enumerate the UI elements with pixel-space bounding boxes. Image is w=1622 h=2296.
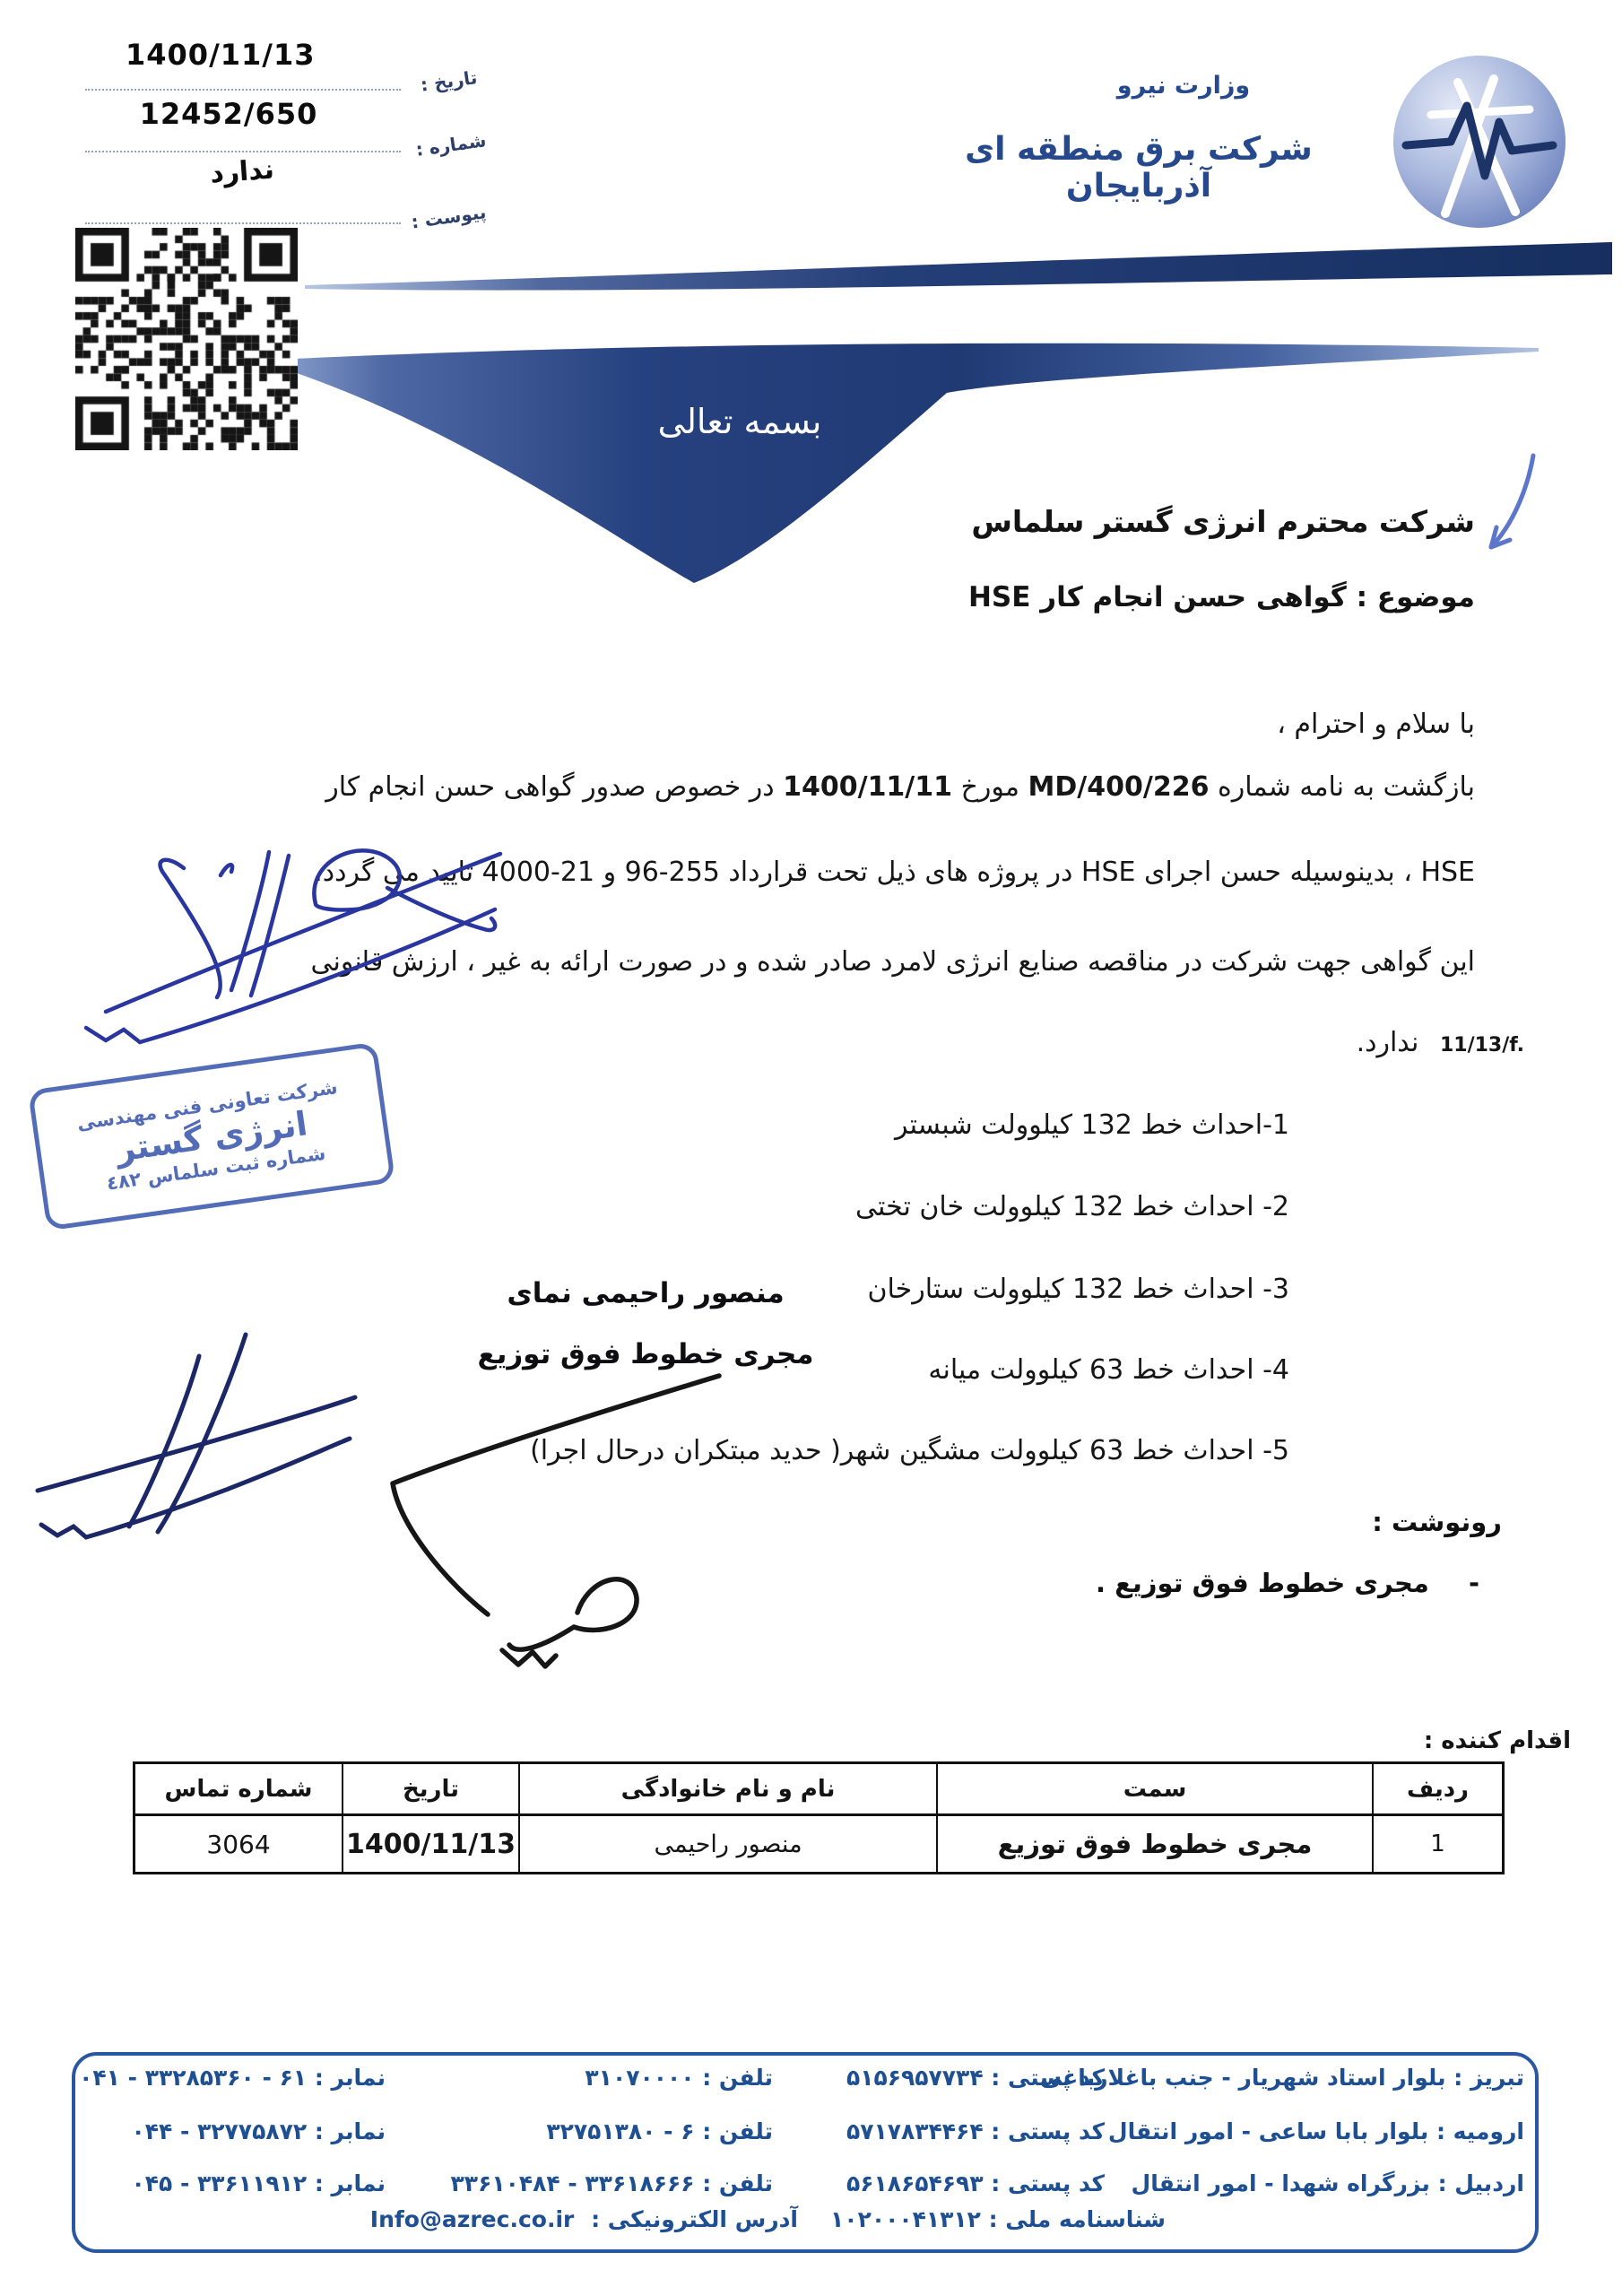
col-header-index: ردیف	[1372, 1764, 1502, 1816]
footer-fax: نمابر : ۳۲۷۷۵۸۷۲ - ۰۴۴	[72, 2118, 386, 2144]
subject-line: موضوع : گواهی حسن انجام کار HSE	[968, 581, 1475, 613]
footer-address: تبریز : بلوار استاد شهریار - جنب باغلارب…	[1058, 2065, 1524, 2091]
letter-page: 1400/11/13 تاریخ : 12452/650 شماره : ندا…	[0, 0, 1622, 2296]
row-name: منصور راحیمی	[518, 1816, 936, 1872]
logo-icon	[1393, 56, 1566, 228]
footer-email: Info@azrec.co.ir	[370, 2206, 575, 2232]
reference-number: MD/400/226	[1028, 771, 1210, 803]
footer-postal: کد پستی : ۵۱۵۶۹۵۷۷۳۴	[764, 2065, 1105, 2091]
attachment-dotted-line	[85, 222, 401, 224]
date-dotted-line	[85, 89, 401, 91]
footer-email-line: آدرس الکترونیکی : Info@azrec.co.ir	[368, 2206, 798, 2232]
typist-mark: 11/13/f.	[1440, 1034, 1524, 1057]
body-line-3: این گواهی جهت شرکت در مناقصه صنایع انرژی…	[311, 946, 1475, 978]
col-header-position: سمت	[936, 1764, 1372, 1816]
row-date: 1400/11/13	[342, 1816, 518, 1872]
executor-signature-navy	[38, 1335, 355, 1537]
body-line-4-text: ندارد.	[1357, 1027, 1419, 1058]
reference-date: 1400/11/11	[783, 771, 952, 803]
bismillah-banner	[258, 344, 1539, 583]
list-item: 5- احداث خط 63 کیلوولت مشگین شهر( حدید م…	[530, 1435, 1289, 1466]
footer-postal: کد پستی : ۵۶۱۸۶۵۴۶۹۳	[764, 2170, 1105, 2196]
list-item: 4- احداث خط 63 کیلوولت میانه	[928, 1354, 1289, 1386]
action-table: ردیف سمت نام و نام خانوادگی تاریخ شماره …	[133, 1761, 1505, 1874]
footer-national-id: شناسنامه ملی : ۱۰۲۰۰۰۴۱۳۱۲	[789, 2206, 1166, 2232]
bismillah-text: بسمه تعالی	[628, 402, 852, 441]
col-header-name: نام و نام خانوادگی	[518, 1764, 936, 1816]
salutation: با سلام و احترام ،	[1277, 709, 1475, 740]
qr-code	[75, 228, 298, 450]
footer-address: اردبیل : بزرگراه شهدا - امور انتقال	[1058, 2170, 1524, 2196]
signer-name: منصور راحیمی نمای	[421, 1277, 870, 1309]
ministry-title: وزارت نیرو	[1103, 72, 1264, 100]
recipient-name: شرکت محترم انرژی گستر سلماس	[971, 504, 1475, 539]
footer-phone: تلفن : ۶ - ۳۲۷۵۱۳۸۰	[477, 2118, 773, 2144]
list-item: 1-احداث خط 132 کیلوولت شبستر	[895, 1109, 1289, 1141]
body-line-1: بازگشت به نامه شماره MD/400/226 مورخ 140…	[325, 771, 1475, 803]
body-line-1c: در خصوص صدور گواهی حسن انجام کار	[325, 771, 774, 803]
footer-phone: تلفن : ۳۱۰۷۰۰۰۰	[477, 2065, 773, 2091]
number-dotted-line	[85, 151, 401, 152]
letter-number-value: 12452/650	[134, 97, 323, 131]
footer-fax: نمابر : ۳۳۶۱۱۹۱۲ - ۰۴۵	[72, 2170, 386, 2196]
cc-bullet: -	[1469, 1568, 1479, 1598]
footer-fax: نمابر : ۶۱ - ۳۳۲۸۵۳۶۰ - ۰۴۱	[72, 2065, 386, 2091]
cc-item: مجری خطوط فوق توزیع .	[1096, 1568, 1429, 1598]
list-item: 2- احداث خط 132 کیلوولت خان تختی	[855, 1191, 1289, 1222]
body-line-1b: مورخ	[961, 771, 1019, 803]
cc-label: رونوشت :	[1372, 1507, 1502, 1537]
col-header-phone: شماره تماس	[135, 1764, 342, 1816]
footer-phone: تلفن : ۳۳۶۱۸۶۶۶ - ۳۳۶۱۰۴۸۴	[477, 2170, 773, 2196]
header-swoosh	[305, 242, 1612, 291]
body-line-4: 11/13/f. ندارد.	[1357, 1027, 1524, 1058]
col-header-date: تاریخ	[342, 1764, 518, 1816]
action-label: اقدام کننده :	[1424, 1727, 1571, 1754]
cc-item-line: - مجری خطوط فوق توزیع .	[1096, 1568, 1479, 1598]
footer-address: ارومیه : بلوار بابا ساعی - امور انتقال	[1058, 2118, 1524, 2144]
footer-postal: کد پستی : ۵۷۱۷۸۳۴۴۶۴	[764, 2118, 1105, 2144]
executor-signature-black	[393, 1376, 719, 1666]
letter-date-value: 1400/11/13	[126, 38, 314, 72]
list-item: 3- احداث خط 132 کیلوولت ستارخان	[868, 1274, 1290, 1305]
body-line-2: HSE ، بدینوسیله حسن اجرای HSE در پروژه ه…	[314, 857, 1475, 888]
row-phone: 3064	[135, 1816, 342, 1872]
footer-email-label: آدرس الکترونیکی :	[591, 2206, 798, 2232]
row-index: 1	[1372, 1816, 1502, 1872]
signer-title: مجری خطوط فوق توزیع	[421, 1338, 870, 1370]
row-position: مجری خطوط فوق توزیع	[936, 1816, 1372, 1872]
contractor-stamp: شرکت تعاونی فنی مهندسی انرژی گستر شماره …	[28, 1041, 395, 1231]
body-line-1a: بازگشت به نامه شماره	[1218, 771, 1475, 803]
company-title: شرکت برق منطقه ای آذربایجان	[906, 131, 1372, 204]
